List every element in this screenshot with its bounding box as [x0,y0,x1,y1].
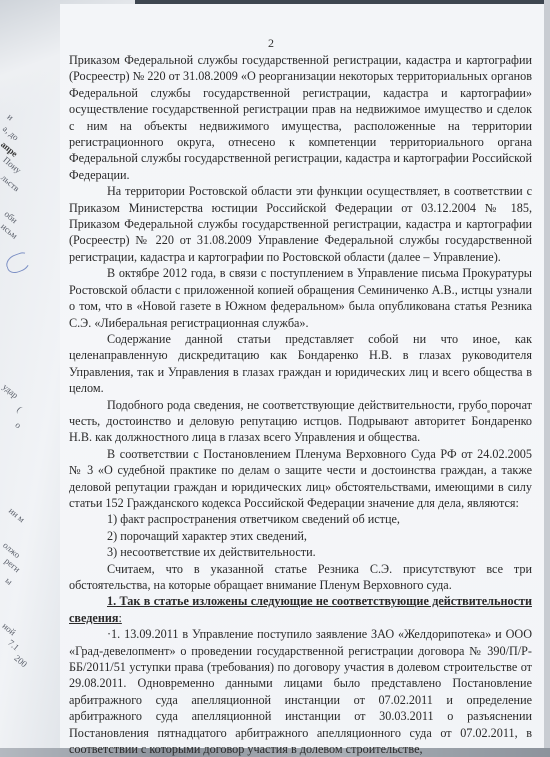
paragraph: Приказом Федеральной службы государствен… [69,52,532,183]
right-edge [544,0,550,757]
paragraph: В октябре 2012 года, в связи с поступлен… [69,265,532,331]
section-heading-colon: : [118,611,121,625]
underlying-text-fragment: исьм [0,221,20,241]
underlying-text-fragment: ин м [7,506,27,525]
list-item: 1) факт распространения ответчиком сведе… [69,511,532,527]
paragraph: Содержание данной статьи представляет со… [69,331,532,397]
scan-speck [487,410,490,413]
underlying-text-fragment: ( [15,404,24,414]
list-item: 3) несоответствие их действительности. [69,544,532,560]
underlying-text-fragment: о [13,420,23,431]
signature-mark [4,250,33,275]
document-body: Приказом Федеральной службы государствен… [69,52,532,757]
paragraph: В соответствии с Постановлением Пленума … [69,446,532,512]
underlying-text-fragment: ной [0,621,17,638]
list-item: 2) порочащий характер этих сведений, [69,528,532,544]
page-number: 2 [268,36,274,51]
underlying-text-fragment: льств [0,172,22,193]
section-heading-text: 1. Так в статье изложены следующие не со… [69,594,532,624]
section-heading: 1. Так в статье изложены следующие не со… [69,593,532,626]
underlying-text-fragment: удар [1,382,20,401]
paragraph: ·1. 13.09.2011 в Управление поступило за… [69,626,532,757]
paragraph: Считаем, что в указанной статье Резника … [69,561,532,594]
underlying-text-fragment: реги [3,556,22,575]
underlying-text-fragment: 7.1 [6,638,21,653]
paragraph: Подобного рода сведения, не соответствую… [69,397,532,446]
paragraph: На территории Ростовской области эти фун… [69,183,532,265]
underlying-text-fragment: ы [3,575,14,587]
underlying-text-fragment: 200 [12,653,29,669]
